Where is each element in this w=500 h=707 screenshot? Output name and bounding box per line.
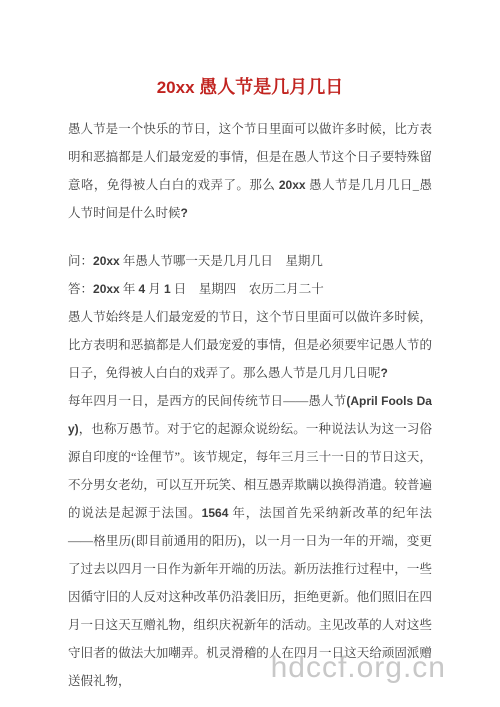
latin-text-run: 1 bbox=[164, 282, 171, 296]
paragraph-body-1: 愚人节始终是人们最宠爱的节日，这个节日里面可以做许多时候，比方表明和恶搞都是人们… bbox=[68, 303, 432, 387]
cjk-text-run: 问： bbox=[68, 254, 93, 268]
cjk-text-run: 日 星期四 农历二月二十 bbox=[171, 282, 324, 296]
latin-text-run: 20xx bbox=[93, 254, 120, 268]
cjk-text-run: 月 bbox=[145, 282, 164, 296]
cjk-text-run: 答： bbox=[68, 282, 93, 296]
cjk-text-run: 每年四月一日，是西方的民间传统节日——愚人节 bbox=[68, 394, 346, 408]
latin-text-run: 20xx bbox=[279, 178, 306, 192]
paragraph-question: 问：20xx 年愚人节哪一天是几月几日 星期几 bbox=[68, 247, 432, 275]
cjk-text-run: 年 bbox=[120, 282, 139, 296]
latin-text-run: 20xx bbox=[93, 282, 120, 296]
paragraph-answer: 答：20xx 年 4 月 1 日 星期四 农历二月二十 bbox=[68, 275, 432, 303]
paragraph-body-2: 每年四月一日，是西方的民间传统节日——愚人节(April Fools Day)，… bbox=[68, 387, 432, 695]
document-title: 20xx 愚人节是几月几日 bbox=[68, 72, 432, 103]
cjk-text-run: 愚人节是几月几日 bbox=[199, 77, 343, 97]
cjk-text-run: 年愚人节哪一天是几月几日 星期几 bbox=[120, 254, 323, 268]
latin-text-run: ? bbox=[381, 366, 388, 380]
paragraph-intro: 愚人节是一个快乐的节日，这个节日里面可以做许多时候，比方表明和恶搞都是人们最宠爱… bbox=[68, 115, 432, 227]
latin-text-run: 1564 bbox=[202, 506, 229, 520]
document-page: 20xx 愚人节是几月几日 愚人节是一个快乐的节日，这个节日里面可以做许多时候，… bbox=[0, 0, 500, 707]
watermark-text: hdccf.org.cn bbox=[271, 652, 446, 684]
document-content: 20xx 愚人节是几月几日 愚人节是一个快乐的节日，这个节日里面可以做许多时候，… bbox=[68, 0, 432, 695]
cjk-text-run: 愚人节始终是人们最宠爱的节日，这个节日里面可以做许多时候，比方表明和恶搞都是人们… bbox=[68, 310, 432, 380]
latin-text-run: 20xx bbox=[157, 78, 200, 97]
latin-text-run: ? bbox=[181, 206, 188, 220]
